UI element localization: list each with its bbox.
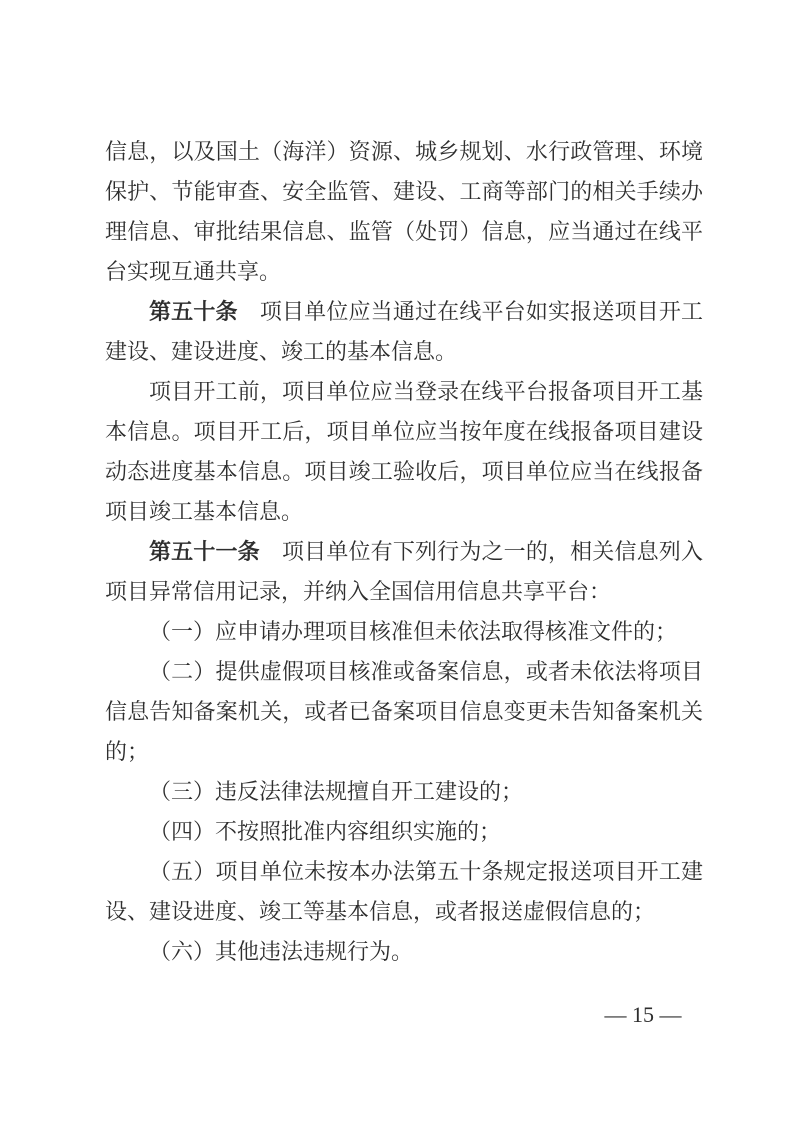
- paragraph: （一）应申请办理项目核准但未依法取得核准文件的；: [105, 612, 703, 652]
- paragraph-text: （三）违反法律法规擅自开工建设的；: [149, 779, 523, 804]
- paragraph-text: 项目开工前，项目单位应当登录在线平台报备项目开工基本信息。项目开工后，项目单位应…: [105, 379, 703, 524]
- article-number: 第五十条: [149, 299, 238, 324]
- document-body: 信息，以及国土（海洋）资源、城乡规划、水行政管理、环境保护、节能审查、安全监管、…: [105, 132, 703, 972]
- paragraph-text: 信息，以及国土（海洋）资源、城乡规划、水行政管理、环境保护、节能审查、安全监管、…: [105, 139, 703, 284]
- document-page: 信息，以及国土（海洋）资源、城乡规划、水行政管理、环境保护、节能审查、安全监管、…: [0, 0, 800, 1131]
- paragraph: （四）不按照批准内容组织实施的；: [105, 812, 703, 852]
- paragraph-text: （四）不按照批准内容组织实施的；: [149, 819, 501, 844]
- page-number: — 15 —: [588, 1000, 698, 1030]
- paragraph: 第五十一条 项目单位有下列行为之一的，相关信息列入项目异常信用记录，并纳入全国信…: [105, 532, 703, 612]
- paragraph: 信息，以及国土（海洋）资源、城乡规划、水行政管理、环境保护、节能审查、安全监管、…: [105, 132, 703, 292]
- paragraph-text: （五）项目单位未按本办法第五十条规定报送项目开工建设、建设进度、竣工等基本信息，…: [105, 859, 703, 924]
- paragraph: 项目开工前，项目单位应当登录在线平台报备项目开工基本信息。项目开工后，项目单位应…: [105, 372, 703, 532]
- paragraph: （三）违反法律法规擅自开工建设的；: [105, 772, 703, 812]
- paragraph: 第五十条 项目单位应当通过在线平台如实报送项目开工建设、建设进度、竣工的基本信息…: [105, 292, 703, 372]
- paragraph-text: （一）应申请办理项目核准但未依法取得核准文件的；: [149, 619, 677, 644]
- paragraph: （二）提供虚假项目核准或备案信息，或者未依法将项目信息告知备案机关，或者已备案项…: [105, 652, 703, 772]
- article-number: 第五十一条: [149, 539, 260, 564]
- paragraph-text: （二）提供虚假项目核准或备案信息，或者未依法将项目信息告知备案机关，或者已备案项…: [105, 659, 703, 764]
- paragraph-text: （六）其他违法违规行为。: [149, 939, 413, 964]
- paragraph: （五）项目单位未按本办法第五十条规定报送项目开工建设、建设进度、竣工等基本信息，…: [105, 852, 703, 932]
- paragraph: （六）其他违法违规行为。: [105, 932, 703, 972]
